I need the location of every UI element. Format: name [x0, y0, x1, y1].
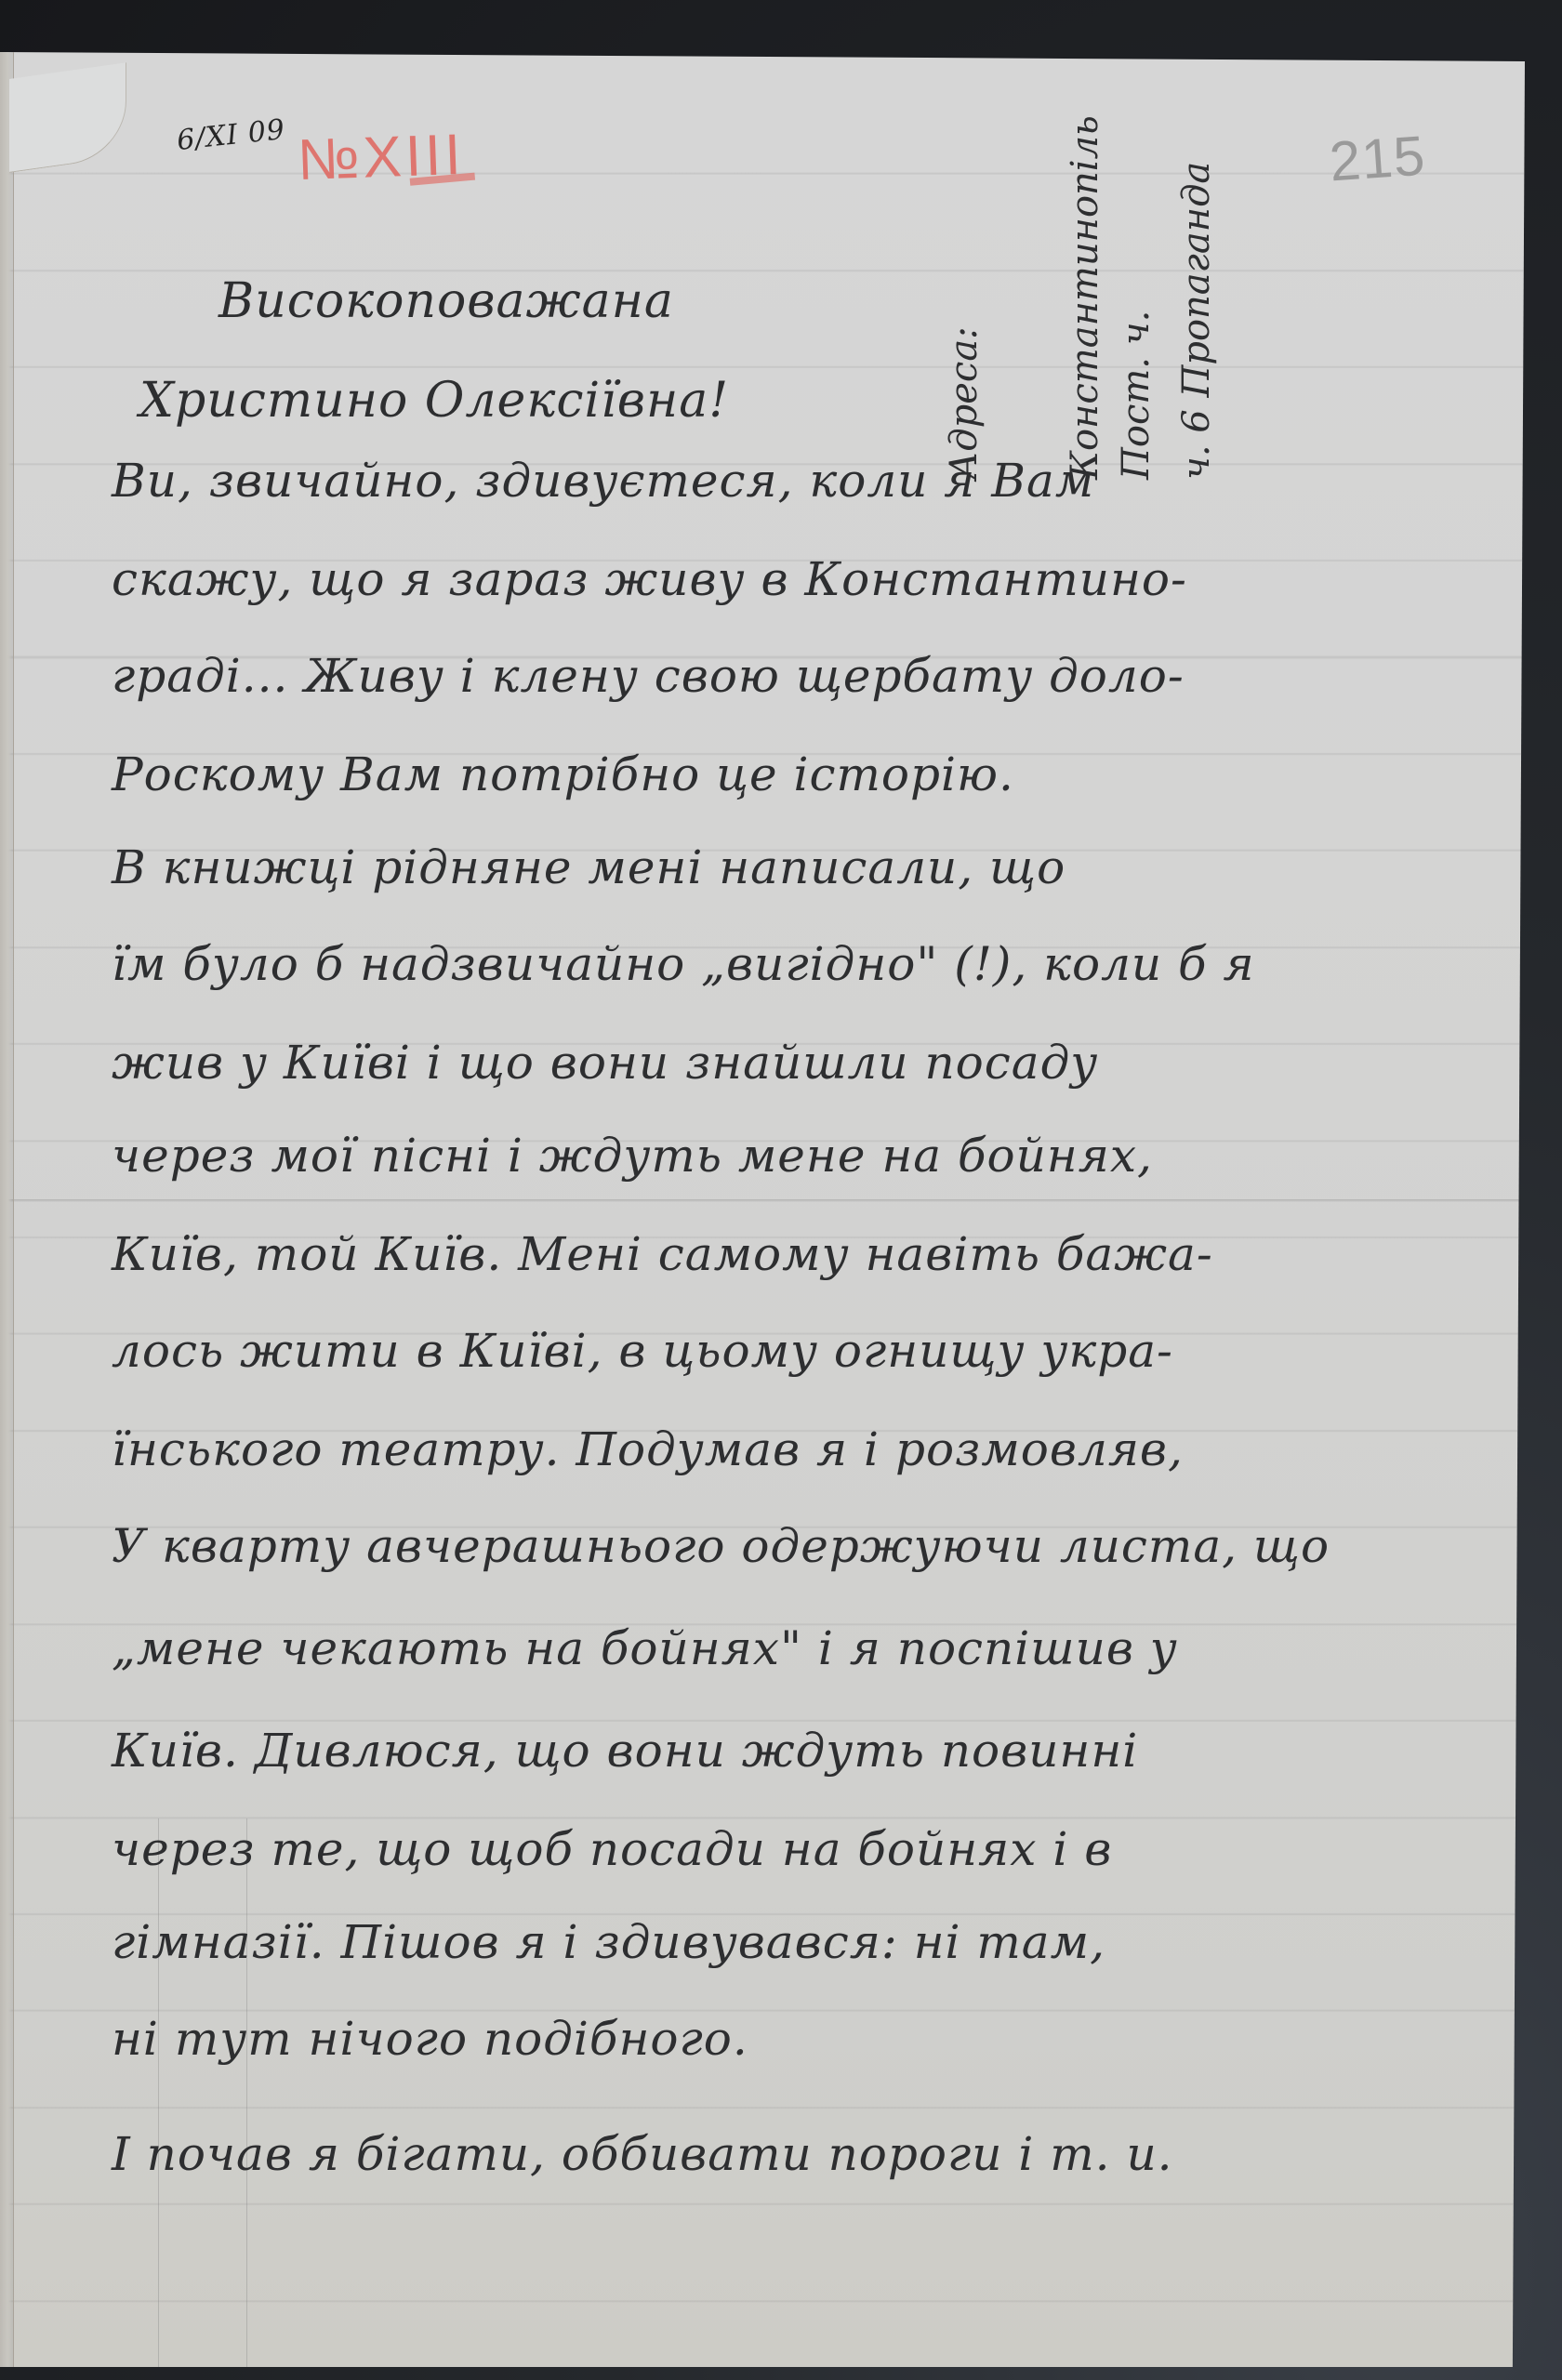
body-line: через те, що щоб посади на бойнях і в — [112, 1822, 1112, 1876]
body-line: жив у Київі і що вони знайшли посаду — [112, 1036, 1098, 1090]
salutation-line-2: Христино Олексіївна! — [139, 373, 729, 429]
paper-repair-patch — [9, 62, 126, 173]
salutation-line-1: Високоповажана — [218, 273, 674, 329]
body-line: ні тут нічого подібного. — [112, 2012, 748, 2066]
body-line: гімназії. Пішов я і здивувався: ні там, — [112, 1915, 1105, 1969]
vertical-crease — [158, 1818, 159, 2367]
letter-page: 6/XI 09 №XIII 215 Адреса: Константинопіл… — [0, 52, 1525, 2367]
address-line: Пост. ч. — [1115, 311, 1158, 480]
binding-edge — [0, 52, 14, 2367]
address-block-vertical: Адреса: Константинопіль Пост. ч. ч. 6 Пр… — [930, 108, 1246, 480]
body-line: граді... Живу і клену свою щербату доло- — [112, 649, 1185, 703]
body-line: лось жити в Київі, в цьому огнищу укра- — [112, 1324, 1173, 1378]
folio-page-number: 215 — [1328, 123, 1428, 193]
body-line: Ви, звичайно, здивуєтеся, коли я Вам — [112, 454, 1094, 508]
date-annotation: 6/XI 09 — [175, 113, 286, 157]
horizontal-fold-crease — [0, 1199, 1525, 1202]
address-line: Константинопіль — [1064, 115, 1106, 480]
body-line: через мої пісні і ждуть мене на бойнях, — [112, 1129, 1153, 1183]
body-line: В книжці рідняне мені написали, що — [112, 840, 1066, 894]
body-line: У кварту авчерашнього одержуючи листа, щ… — [112, 1519, 1330, 1573]
body-line: Київ, той Київ. Мені самому навіть бажа- — [112, 1227, 1213, 1281]
body-line: їнського театру. Подумав я і розмовляв, — [112, 1422, 1184, 1476]
body-line: Роскому Вам потрібно це історію. — [112, 747, 1014, 801]
address-line: ч. 6 Пропаганда — [1175, 162, 1218, 480]
vertical-crease — [246, 1818, 247, 2367]
body-line: „мене чекають на бойнях" і я поспішив у — [112, 1621, 1178, 1675]
body-line: їм було б надзвичайно „вигідно" (!), кол… — [112, 937, 1255, 991]
archive-number-red-pencil: №XIII — [297, 122, 466, 193]
body-line: скажу, що я зараз живу в Константино- — [112, 552, 1187, 606]
body-line: Київ. Дивлюся, що вони ждуть повинні — [112, 1724, 1138, 1778]
body-line: І почав я бігати, оббивати пороги і т. и… — [112, 2127, 1173, 2181]
